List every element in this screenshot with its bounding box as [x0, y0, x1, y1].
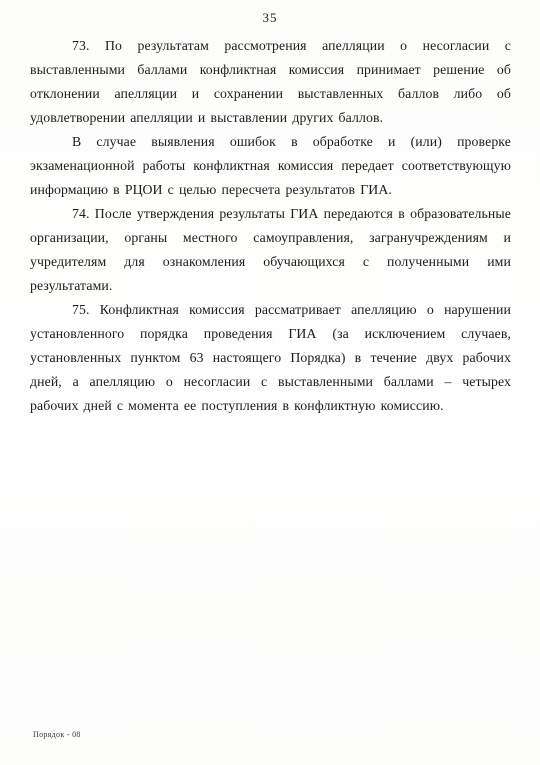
paragraph-73: 73. По результатам рассмотрения апелляци… — [30, 34, 511, 130]
document-body: 73. По результатам рассмотрения апелляци… — [30, 34, 511, 418]
paragraph-errors-rcoi: В случае выявления ошибок в обработке и … — [30, 130, 511, 202]
paragraph-75: 75. Конфликтная комиссия рассматривает а… — [30, 298, 511, 418]
footer-document-code: Порядок - 08 — [33, 730, 81, 739]
document-page: 35 73. По результатам рассмотрения апелл… — [0, 0, 540, 765]
paragraph-74: 74. После утверждения результаты ГИА пер… — [30, 202, 511, 298]
page-number: 35 — [0, 10, 540, 26]
